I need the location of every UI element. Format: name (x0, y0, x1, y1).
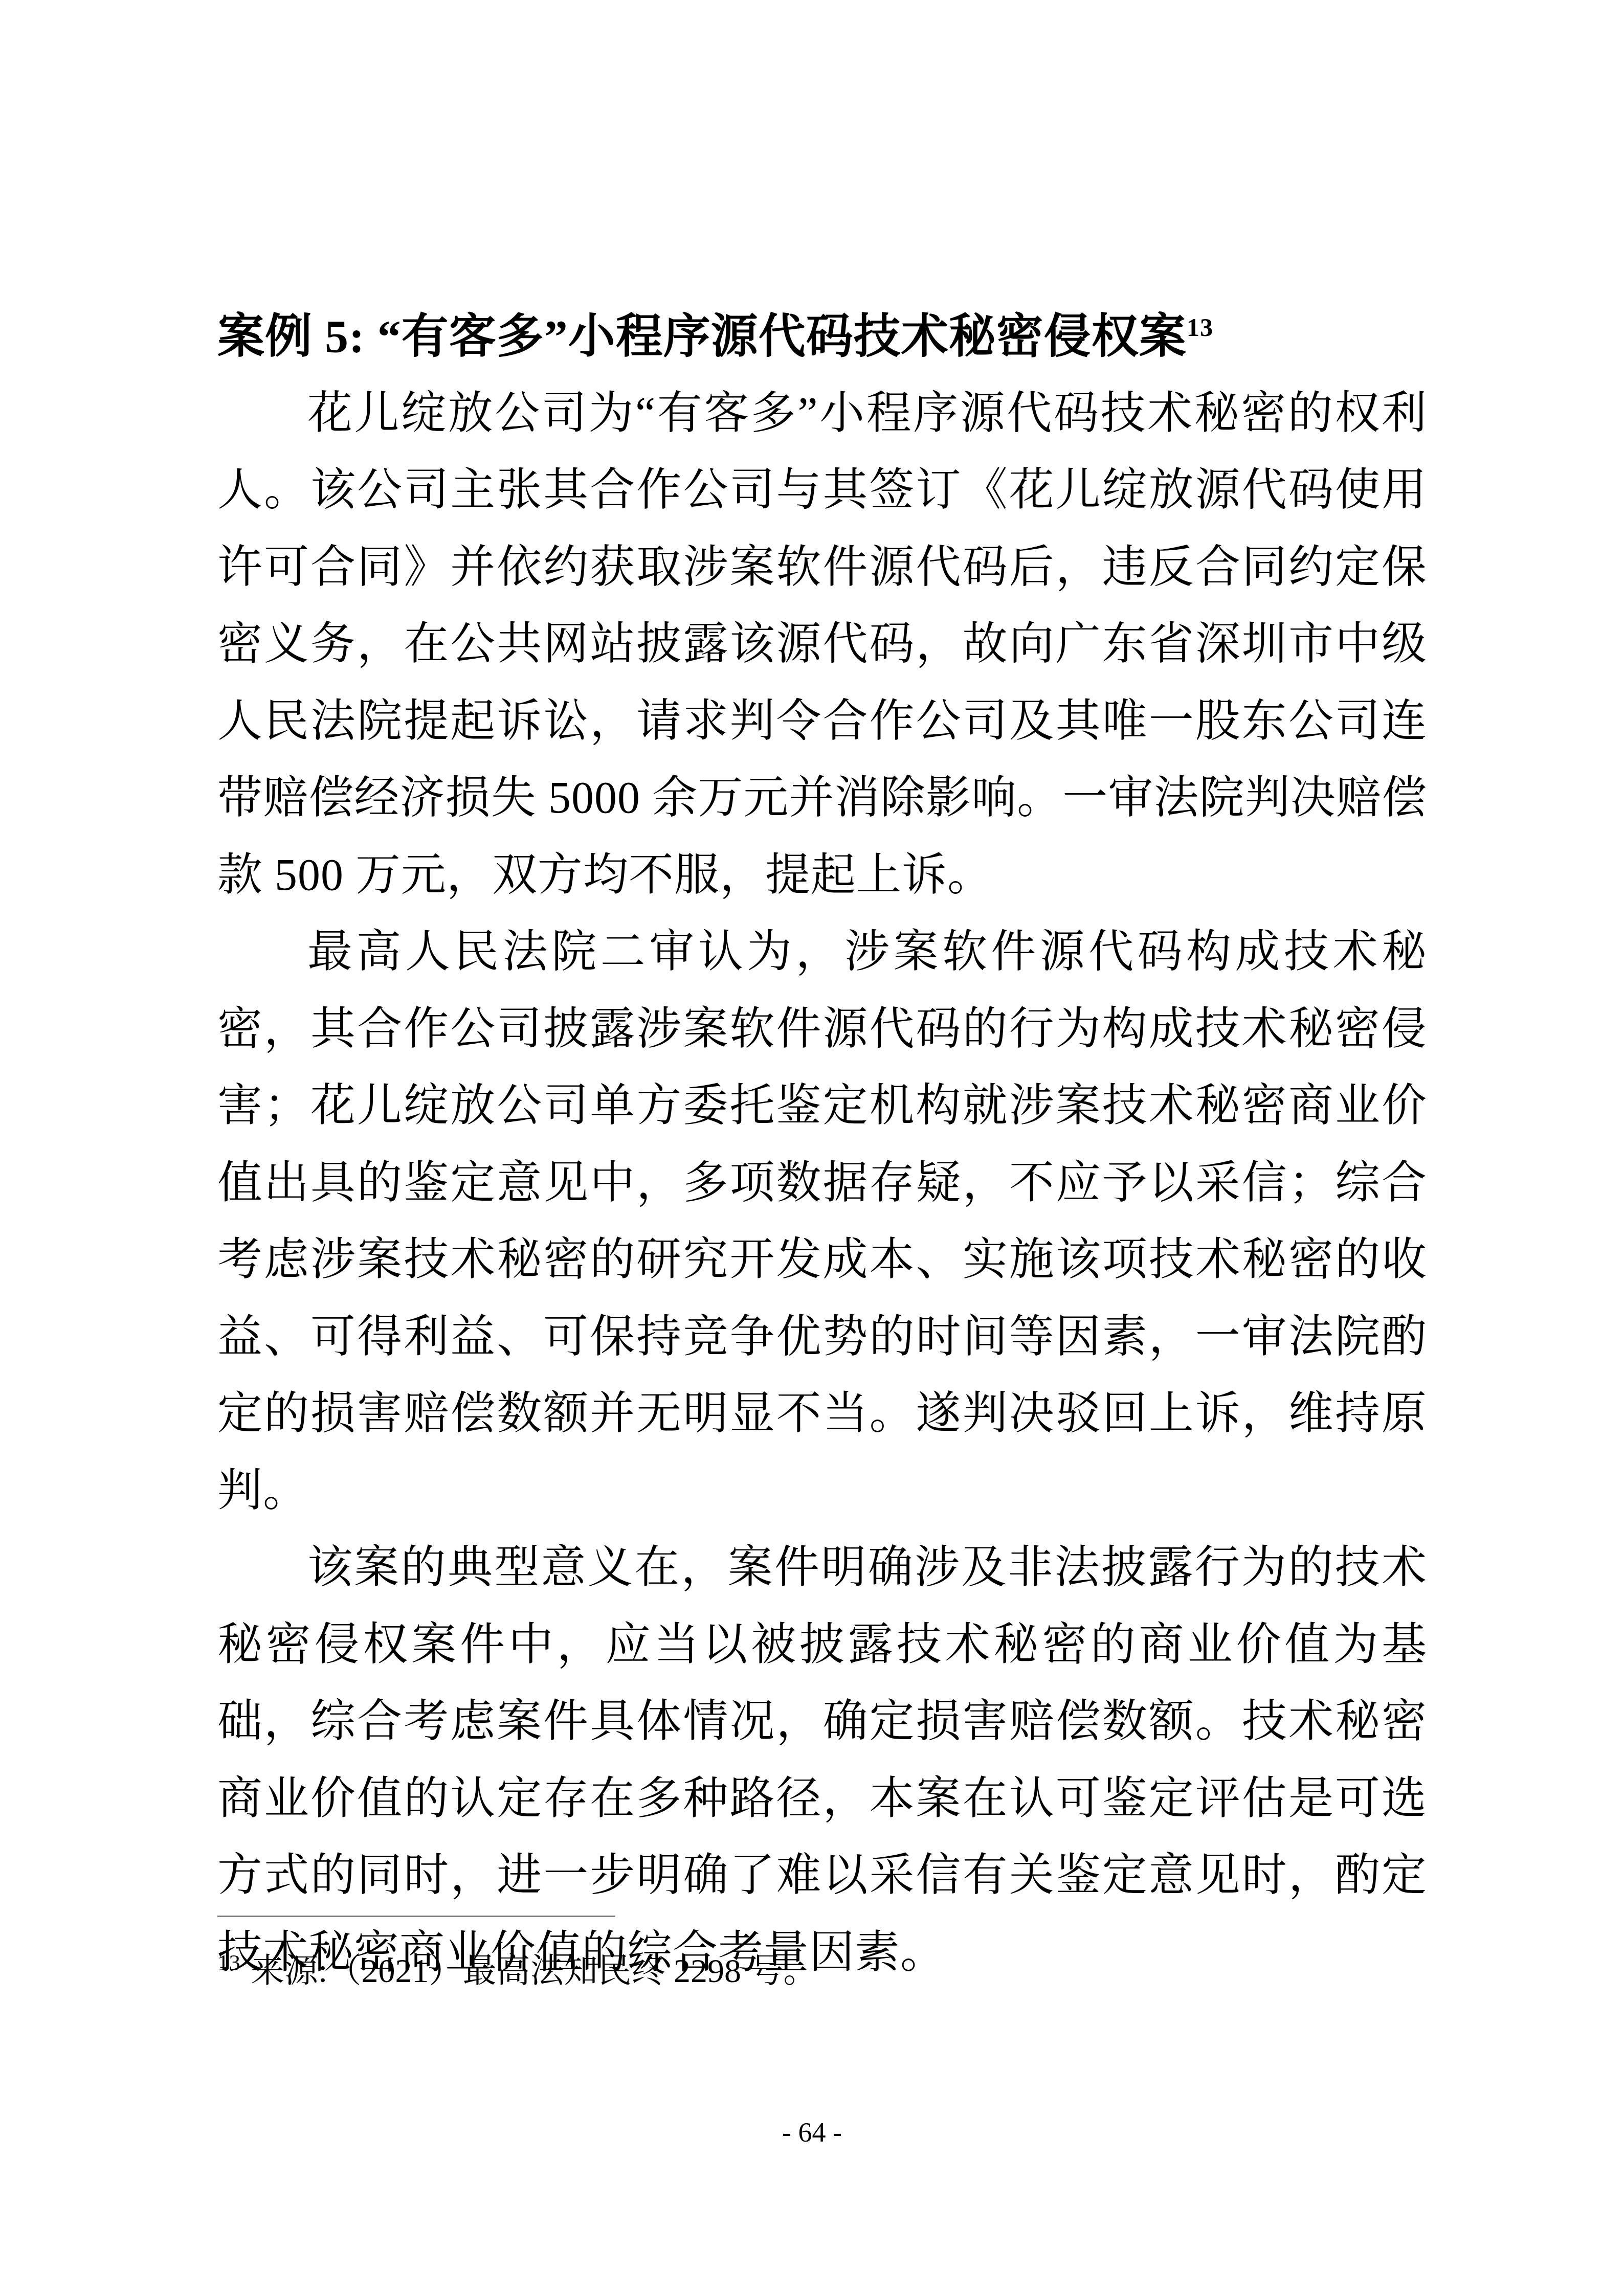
footnote-text: 来源:（2021）最高法知民终 2298 号。 (251, 1952, 817, 1990)
footnote: 13来源:（2021）最高法知民终 2298 号。 (217, 1946, 1427, 1997)
main-text-block: 案例 5: “有客多”小程序源代码技术秘密侵权案13 花儿绽放公司为“有客多”小… (217, 298, 1427, 1991)
paragraph-case-facts: 花儿绽放公司为“有客多”小程序源代码技术秘密的权利人。该公司主张其合作公司与其签… (217, 375, 1427, 914)
footnote-ref: 13 (217, 1950, 240, 1975)
page-number: - 64 - (0, 2114, 1624, 2150)
case-title-text: 案例 5: “有客多”小程序源代码技术秘密侵权案 (217, 310, 1187, 363)
paragraph-case-significance: 该案的典型意义在，案件明确涉及非法披露行为的技术秘密侵权案件中，应当以被披露技术… (217, 1529, 1427, 1991)
case-title: 案例 5: “有客多”小程序源代码技术秘密侵权案13 (217, 298, 1427, 375)
paragraph-court-holding: 最高人民法院二审认为，涉案软件源代码构成技术秘密，其合作公司披露涉案软件源代码的… (217, 914, 1427, 1529)
document-page: 案例 5: “有客多”小程序源代码技术秘密侵权案13 花儿绽放公司为“有客多”小… (0, 0, 1624, 2296)
case-title-footnote-ref: 13 (1187, 313, 1214, 342)
footnote-divider (217, 1916, 615, 1917)
